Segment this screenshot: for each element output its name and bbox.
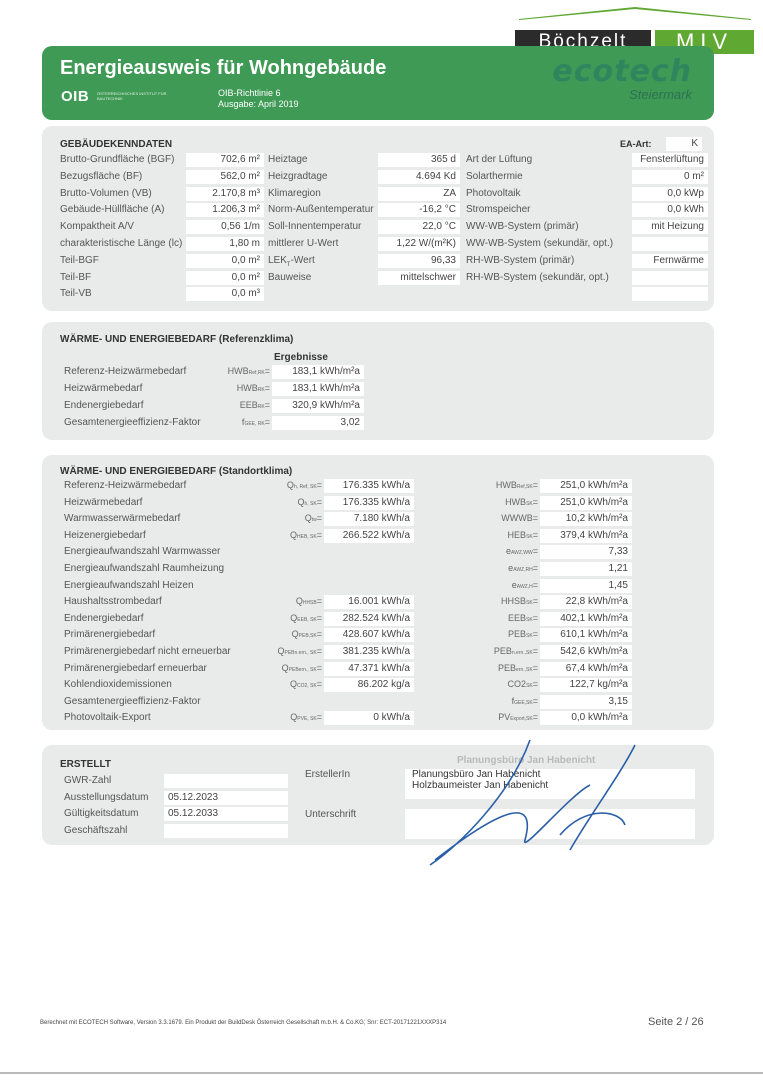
field-label: Photovoltaik [466,188,520,199]
field-label: Haushaltsstrombedarf [64,596,162,607]
unterschrift-field [405,809,695,839]
field-label: Photovoltaik-Export [64,712,151,723]
field-value: 0,0 m³ [186,287,264,301]
field-label: Heizgradtage [268,171,327,182]
field-value: 183,1 kWh/m²a [272,382,364,396]
field-label: Primärenergiebedarf nicht erneuerbar [64,646,231,657]
field-value: -16,2 °C [378,203,460,217]
field-label: RH-WB-System (primär) [466,255,574,266]
symbol-label: EEBRK= [192,400,270,410]
q-symbol: QPEBn.ern., SK= [242,646,322,656]
field-label: Primärenergiebedarf [64,629,155,640]
unterschrift-label: Unterschrift [305,809,356,820]
referenzklima-panel: WÄRME- UND ENERGIEBEDARF (Referenzklima)… [42,322,714,440]
field-label: Kohlendioxidemissionen [64,679,172,690]
field-label: Referenz-Heizwärmebedarf [64,366,186,377]
field-label: Ausstellungsdatum [64,792,149,803]
field-label: Gesamtenergieeffizienz-Faktor [64,696,201,707]
panel-title: GEBÄUDEKENNDATEN [60,139,172,150]
q-symbol: Qh, SK= [242,497,322,507]
field-value: 0,56 1/m [186,220,264,234]
field-value: Fernwärme [632,254,708,268]
field-value: mit Heizung [632,220,708,234]
field-label: charakteristische Länge (lc) [60,238,182,249]
field-value: 1,22 W/(m²K) [378,237,460,251]
gebaeudekenndaten-panel: GEBÄUDEKENNDATEN EA-Art: K Brutto-Grundf… [42,126,714,311]
page-edge [0,1072,763,1074]
q-value: 16.001 kWh/a [324,595,414,609]
field-value [632,237,708,251]
specific-value: 1,45 [540,579,632,593]
field-value: Fensterlüftung [632,153,708,167]
ecotech-logo-text: ecotech [552,54,692,89]
q-value: 86.202 kg/a [324,678,414,692]
specific-value: 7,33 [540,545,632,559]
field-label: Teil-BF [60,272,91,283]
q-symbol: QHEB, SK= [242,530,322,540]
field-label: Heizwärmebedarf [64,497,142,508]
field-label: Energieaufwandszahl Warmwasser [64,546,220,557]
q-value: 428.607 kWh/a [324,628,414,642]
field-label: WW-WB-System (sekundär, opt.) [466,238,613,249]
ecotech-logo: ecotech Steiermark [552,54,692,102]
specific-symbol: PEBn.ern.,SK= [462,646,538,656]
specific-symbol: fGEE,SK= [462,696,538,706]
field-label: Geschäftszahl [64,825,127,836]
field-value: 320,9 kWh/m²a [272,399,364,413]
field-value: 0,0 kWh [632,203,708,217]
field-label: Endenergiebedarf [64,613,144,624]
field-label: Heizenergiebedarf [64,530,146,541]
field-label: Heiztage [268,154,307,165]
q-value: 7.180 kWh/a [324,512,414,526]
oib-logo-subtitle: ÖSTERREICHISCHES INSTITUT FÜR BAUTECHNIK [97,91,167,101]
q-value: 176.335 kWh/a [324,496,414,510]
lekt-label: LEKT-Wert [268,255,315,268]
field-label: Brutto-Volumen (VB) [60,188,152,199]
field-label: Heizwärmebedarf [64,383,142,394]
specific-symbol: PVExport,SK= [462,712,538,722]
field-value: 05.12.2033 [164,807,288,821]
field-label: Warmwasserwärmebedarf [64,513,180,524]
stamp-title: Planungsbüro Jan Habenicht [457,755,595,766]
field-value: mittelschwer [378,271,460,285]
ea-art-value: K [666,137,702,151]
specific-symbol: PEBSK= [462,629,538,639]
field-label: Referenz-Heizwärmebedarf [64,480,186,491]
roof-icon [519,6,751,20]
q-symbol: Qtw= [242,513,322,523]
richtlinie-info: OIB-Richtlinie 6 Ausgabe: April 2019 [218,88,299,110]
field-label: Bezugsfläche (BF) [60,171,142,182]
specific-symbol: HWBRef,SK= [462,480,538,490]
specific-value: 402,1 kWh/m²a [540,612,632,626]
symbol-label: fGEE, RK= [192,417,270,427]
erstellt-panel: ERSTELLT ErstellerIn Unterschrift Planun… [42,745,714,845]
field-value: 0 m² [632,170,708,184]
field-value [632,271,708,285]
panel-title: ERSTELLT [60,759,111,770]
panel-title: WÄRME- UND ENERGIEBEDARF (Standortklima) [60,466,292,477]
field-label: Stromspeicher [466,204,530,215]
specific-value: 122,7 kg/m²a [540,678,632,692]
field-label: Bauweise [268,272,311,283]
field-label: Kompaktheit A/V [60,221,134,232]
field-label: RH-WB-System (sekundär, opt.) [466,272,609,283]
field-label: mittlerer U-Wert [268,238,338,249]
ausgabe: Ausgabe: April 2019 [218,99,299,110]
footer-text: Berechnet mit ECOTECH Software, Version … [40,1020,446,1026]
field-value: 1,80 m [186,237,264,251]
field-label: Klimaregion [268,188,321,199]
specific-symbol: WWWB= [462,513,538,523]
field-label: Art der Lüftung [466,154,532,165]
specific-value: 67,4 kWh/m²a [540,662,632,676]
page-number: Seite 2 / 26 [648,1016,704,1028]
field-value: ZA [378,187,460,201]
q-value: 381.235 kWh/a [324,645,414,659]
field-value: 183,1 kWh/m²a [272,365,364,379]
specific-value: 251,0 kWh/m²a [540,479,632,493]
field-value [632,287,708,301]
ea-art-label: EA-Art: [620,139,652,149]
q-symbol: QPEBern., SK= [242,663,322,673]
ergebnisse-heading: Ergebnisse [274,352,328,363]
field-value: 3,02 [272,416,364,430]
q-symbol: QCO2, SK= [242,679,322,689]
q-value: 176.335 kWh/a [324,479,414,493]
oib-logo: OIB ÖSTERREICHISCHES INSTITUT FÜR BAUTEC… [61,88,89,106]
document-title: Energieausweis für Wohngebäude [60,57,386,80]
q-symbol: QHHSB= [242,596,322,606]
field-value [164,774,288,788]
standortklima-panel: WÄRME- UND ENERGIEBEDARF (Standortklima)… [42,455,714,730]
field-label: Norm-Außentemperatur [268,204,374,215]
field-label: Teil-BGF [60,255,99,266]
document-header: Energieausweis für Wohngebäude OIB ÖSTER… [42,46,714,120]
q-symbol: QPVE, SK= [242,712,322,722]
symbol-label: HWBRef,RK= [192,366,270,376]
field-label: Soll-Innentemperatur [268,221,361,232]
specific-symbol: HHSBSK= [462,596,538,606]
specific-value: 542,6 kWh/m²a [540,645,632,659]
specific-symbol: CO2SK= [462,679,538,689]
field-label: Primärenergiebedarf erneuerbar [64,663,207,674]
q-value: 266.522 kWh/a [324,529,414,543]
field-label: Gesamtenergieeffizienz-Faktor [64,417,201,428]
richtlinie: OIB-Richtlinie 6 [218,88,299,99]
field-label: Solarthermie [466,171,523,182]
field-label: Teil-VB [60,288,92,299]
q-symbol: QEEB, SK= [242,613,322,623]
field-value: 365 d [378,153,460,167]
specific-value: 10,2 kWh/m²a [540,512,632,526]
q-value: 0 kWh/a [324,711,414,725]
q-symbol: Qh, Ref, SK= [242,480,322,490]
symbol-label: HWBRK= [192,383,270,393]
specific-symbol: eAWZ,WW= [462,546,538,556]
specific-value: 610,1 kWh/m²a [540,628,632,642]
specific-symbol: HWBSK= [462,497,538,507]
field-label: Energieaufwandszahl Raumheizung [64,563,224,574]
field-label: Gültigkeitsdatum [64,808,138,819]
specific-value: 251,0 kWh/m²a [540,496,632,510]
field-value: 702,6 m² [186,153,264,167]
field-label: GWR-Zahl [64,775,111,786]
specific-symbol: PEBern.,SK= [462,663,538,673]
specific-value: 3,15 [540,695,632,709]
specific-value: 22,8 kWh/m²a [540,595,632,609]
field-label: Endenergiebedarf [64,400,144,411]
field-value: 0,0 m² [186,271,264,285]
field-value [164,824,288,838]
specific-value: 379,4 kWh/m²a [540,529,632,543]
field-value: 2.170,8 m³ [186,187,264,201]
field-value: 22,0 °C [378,220,460,234]
field-label: Energieaufwandszahl Heizen [64,580,194,591]
field-value: 4.694 Kd [378,170,460,184]
ersteller-name: Planungsbüro Jan Habenicht Holzbaumeiste… [412,769,548,791]
field-value: 0,0 kWp [632,187,708,201]
specific-symbol: eAWZ,H= [462,580,538,590]
field-value: 05.12.2023 [164,791,288,805]
specific-value: 1,21 [540,562,632,576]
field-value: 562,0 m² [186,170,264,184]
field-label: WW-WB-System (primär) [466,221,579,232]
panel-title: WÄRME- UND ENERGIEBEDARF (Referenzklima) [60,334,293,345]
field-value: 1.206,3 m² [186,203,264,217]
field-label: Brutto-Grundfläche (BGF) [60,154,174,165]
field-label: Gebäude-Hüllfläche (A) [60,204,165,215]
specific-symbol: EEBSK= [462,613,538,623]
specific-value: 0,0 kWh/m²a [540,711,632,725]
oib-logo-text: OIB [61,88,89,105]
specific-symbol: HEBSK= [462,530,538,540]
q-value: 282.524 kWh/a [324,612,414,626]
specific-symbol: eAWZ,RH= [462,563,538,573]
q-symbol: QPEB,SK= [242,629,322,639]
field-value: 0,0 m² [186,254,264,268]
q-value: 47.371 kWh/a [324,662,414,676]
field-value: 96,33 [378,254,460,268]
ecotech-region: Steiermark [552,87,692,102]
ersteller-label: ErstellerIn [305,769,350,780]
